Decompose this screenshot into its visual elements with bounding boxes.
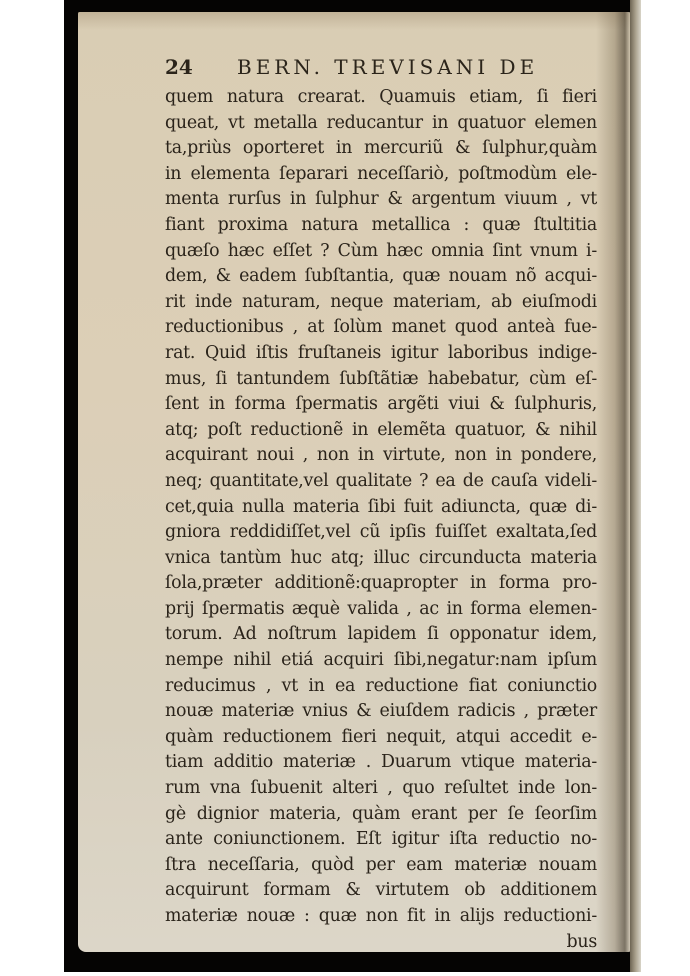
text-line: in elementa ſeparari neceſſariò, poſtmod… [165, 162, 597, 188]
text-line: rum vna ſubuenit alteri , quo reſultet i… [165, 776, 597, 802]
text-line: vnica tantùm huc atq; illuc circunducta … [165, 546, 597, 572]
text-line: reductionibus , at ſolùm manet quod ante… [165, 315, 597, 341]
text-line: prij ſpermatis æquè valida , ac in forma… [165, 597, 597, 623]
page-number: 24 [165, 55, 237, 79]
body-text: quem natura crearat. Quamuis etiam, ſi f… [165, 85, 597, 930]
text-line: mus, ſi tantundem ſubſtãtiæ habebatur, c… [165, 367, 597, 393]
page-edge-right [630, 0, 641, 972]
text-line: ſent in forma ſpermatis argẽti viui & ſu… [165, 392, 597, 418]
text-line: nempe nihil etiá acquiri ſibi,negatur:na… [165, 648, 597, 674]
text-line: quem natura crearat. Quamuis etiam, ſi f… [165, 85, 597, 111]
text-line: nouæ materiæ vnius & eiuſdem radicis , p… [165, 699, 597, 725]
text-line: neq; quantitate,vel qualitate ? ea de ca… [165, 469, 597, 495]
text-line: menta rurſus in ſulphur & argentum viuum… [165, 187, 597, 213]
text-line: acquirant noui , non in virtute, non in … [165, 443, 597, 469]
text-line: atq; poſt reductionẽ in elemẽta quatuor,… [165, 418, 597, 444]
running-head: 24 BERN. TREVISANI DE [165, 55, 597, 85]
text-line: dem, & eadem ſubſtantia, quæ nouam nõ ac… [165, 264, 597, 290]
catchword: bus [165, 930, 597, 956]
running-head-title: BERN. TREVISANI DE [237, 55, 538, 79]
text-line: torum. Ad noſtrum lapidem ſi opponatur i… [165, 622, 597, 648]
text-line: gè dignior materia, quàm erant per ſe ſe… [165, 802, 597, 828]
text-line: queat, vt metalla reducantur in quatuor … [165, 111, 597, 137]
text-line: tiam additio materiæ . Duarum vtique mat… [165, 750, 597, 776]
text-line: materiæ nouæ : quæ non fit in alijs redu… [165, 904, 597, 930]
text-line: rat. Quid iſtis fruſtaneis igitur labori… [165, 341, 597, 367]
text-line: gniora reddidiſſet,vel cũ ipſis fuiſſet … [165, 520, 597, 546]
text-line: acquirunt formam & virtutem ob additione… [165, 878, 597, 904]
text-line: ſola,præter additionẽ:quapropter in form… [165, 571, 597, 597]
text-line: cet,quia nulla materia ſibi fuit adiunct… [165, 495, 597, 521]
text-line: quàm reductionem fieri nequit, atqui acc… [165, 725, 597, 751]
text-line: reducimus , vt in ea reductione fiat con… [165, 674, 597, 700]
page-text-block: 24 BERN. TREVISANI DE quem natura creara… [165, 55, 597, 955]
text-line: ante coniunctionem. Eſt igitur iſta redu… [165, 827, 597, 853]
text-line: quæſo hæc eſſet ? Cùm hæc omnia ſint vnu… [165, 239, 597, 265]
text-line: rit inde naturam, neque materiam, ab eiu… [165, 290, 597, 316]
text-line: ta,priùs oporteret in mercuriũ & ſulphur… [165, 136, 597, 162]
text-line: ſtra neceſſaria, quòd per eam materiæ no… [165, 853, 597, 879]
page-shadow-top [78, 12, 630, 30]
page-gutter-shadow [596, 12, 630, 952]
text-line: fiant proxima natura metallica : quæ ſtu… [165, 213, 597, 239]
